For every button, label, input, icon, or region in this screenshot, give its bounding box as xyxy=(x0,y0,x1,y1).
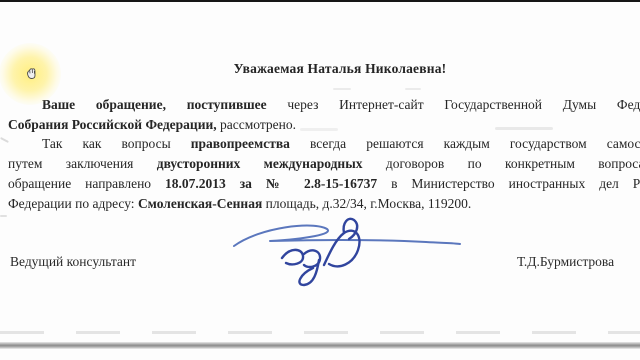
doc-text-segment: всегда решаются каждым государством само… xyxy=(290,136,640,151)
doc-text-segment: Так как вопросы xyxy=(42,136,191,151)
doc-text-segment: через Интернет-сайт Государственной Думы… xyxy=(287,97,640,112)
doc-text-segment: путем заключения xyxy=(8,156,157,171)
page-bottom-dashes xyxy=(0,331,640,334)
page-bottom-edge xyxy=(0,342,640,349)
doc-text-segment: двусторонних международных xyxy=(157,156,363,171)
doc-text-segment: обращение направлено xyxy=(8,176,165,191)
doc-text-segment: Федерации по адресу: xyxy=(8,196,138,211)
doc-line: Так как вопросы правопреемства всегда ре… xyxy=(8,134,640,154)
scan-artifact xyxy=(300,128,338,131)
signoff-role: Ведущий консультант xyxy=(10,254,136,270)
document-page: Уважаемая Наталья Николаевна! Ваше обращ… xyxy=(0,0,640,360)
doc-text-segment: рассмотрено. xyxy=(220,117,296,132)
doc-line: Ваше обращение, поступившее через Интерн… xyxy=(8,95,640,115)
letter-body: Ваше обращение, поступившее через Интерн… xyxy=(8,95,640,213)
doc-line: Собрания Российской Федерации, рассмотре… xyxy=(8,115,640,135)
doc-text-segment: договоров по конкретным вопросам xyxy=(362,156,640,171)
scan-artifact xyxy=(0,215,7,217)
signature-scribble xyxy=(220,212,470,292)
doc-line: Федерации по адресу: Смоленская-Сенная п… xyxy=(8,194,640,214)
doc-text-segment: Ваше обращение, поступившее xyxy=(42,97,287,112)
doc-text-segment: в Министерство иностранных дел Рос xyxy=(377,176,640,191)
doc-text-segment: площадь, д.32/34, г.Москва, 119200. xyxy=(262,196,471,211)
doc-text-segment: правопреемства xyxy=(191,136,290,151)
signoff-name: Т.Д.Бурмистрова xyxy=(517,254,614,270)
doc-text-segment: 18.07.2013 за № 2.8-15-16737 xyxy=(165,176,377,191)
doc-text-segment: Собрания Российской Федерации, xyxy=(8,117,220,132)
salutation-heading: Уважаемая Наталья Николаевна! xyxy=(0,61,640,77)
hand-cursor-icon xyxy=(25,67,38,81)
scan-artifact xyxy=(405,88,421,90)
page-top-edge xyxy=(0,0,640,2)
scan-artifact xyxy=(333,88,351,90)
doc-text-segment: Смоленская-Сенная xyxy=(138,196,262,211)
scan-artifact xyxy=(495,127,553,130)
doc-line: путем заключения двусторонних международ… xyxy=(8,154,640,174)
doc-line: обращение направлено 18.07.2013 за № 2.8… xyxy=(8,174,640,194)
